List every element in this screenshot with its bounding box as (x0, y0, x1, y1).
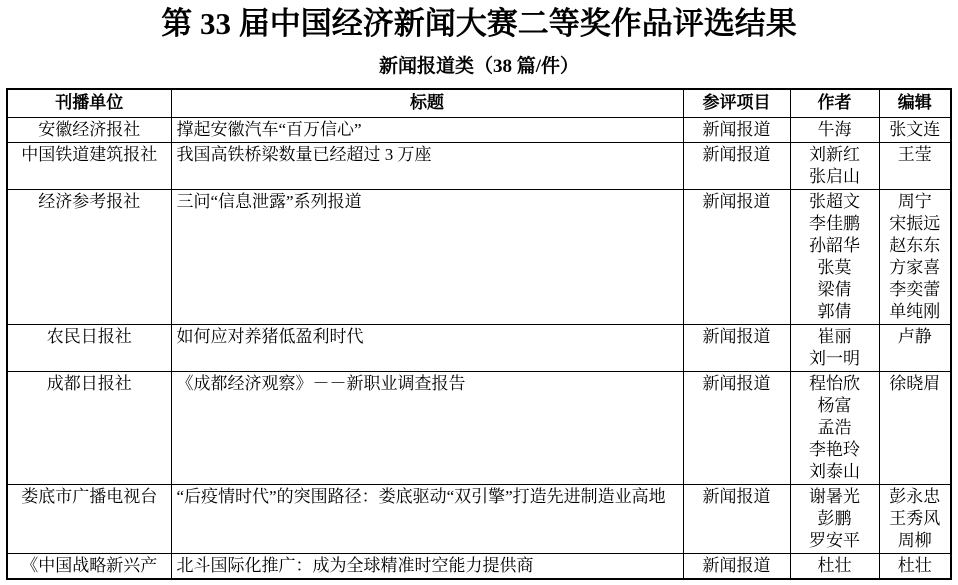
editors-cell: 杜壮 (879, 553, 951, 579)
title-cell: 撑起安徽汽车“百万信心” (171, 117, 683, 142)
table-row: 成都日报社《成都经济观察》－－新职业调查报告新闻报道程怡欣杨富孟浩李艳玲刘泰山徐… (7, 371, 951, 484)
table-row: 娄底市广播电视台“后疫情时代”的突围路径：娄底驱动“双引擎”打造先进制造业高地新… (7, 484, 951, 553)
category-cell: 新闻报道 (683, 371, 790, 484)
header-title: 标题 (171, 89, 683, 117)
category-cell: 新闻报道 (683, 117, 790, 142)
person-name: 李佳鹏 (793, 213, 877, 235)
editors-cell: 王莹 (879, 142, 951, 189)
table-row: 农民日报社如何应对养猪低盈利时代新闻报道崔丽刘一明卢静 (7, 324, 951, 371)
person-name: 张启山 (793, 166, 877, 188)
category-cell: 新闻报道 (683, 324, 790, 371)
person-name: 周柳 (882, 530, 949, 552)
person-name: 梁倩 (793, 279, 877, 301)
page-subtitle: 新闻报道类（38 篇/件） (0, 42, 958, 80)
header-category: 参评项目 (683, 89, 790, 117)
editors-cell: 张文连 (879, 117, 951, 142)
table-head: 刊播单位 标题 参评项目 作者 编辑 (7, 89, 951, 117)
editors-cell: 卢静 (879, 324, 951, 371)
person-name: 彭永忠 (882, 486, 949, 508)
person-name: 刘泰山 (793, 461, 877, 483)
table-body: 安徽经济报社撑起安徽汽车“百万信心”新闻报道牛海张文连中国铁道建筑报社我国高铁桥… (7, 117, 951, 579)
person-name: 卢静 (882, 326, 949, 348)
awards-table: 刊播单位 标题 参评项目 作者 编辑 安徽经济报社撑起安徽汽车“百万信心”新闻报… (6, 88, 952, 580)
person-name: 王秀风 (882, 508, 949, 530)
person-name: 孙韶华 (793, 235, 877, 257)
unit-cell: 《中国战略新兴产 (7, 553, 171, 579)
authors-cell: 张超文李佳鹏孙韶华张莫梁倩郭倩 (790, 189, 879, 324)
unit-cell: 农民日报社 (7, 324, 171, 371)
person-name: 张超文 (793, 191, 877, 213)
header-authors: 作者 (790, 89, 879, 117)
unit-cell: 成都日报社 (7, 371, 171, 484)
title-cell: 如何应对养猪低盈利时代 (171, 324, 683, 371)
authors-cell: 程怡欣杨富孟浩李艳玲刘泰山 (790, 371, 879, 484)
person-name: 郭倩 (793, 301, 877, 323)
person-name: 赵东东 (882, 235, 949, 257)
authors-cell: 崔丽刘一明 (790, 324, 879, 371)
title-cell: 《成都经济观察》－－新职业调查报告 (171, 371, 683, 484)
person-name: 张文连 (882, 119, 949, 141)
table-row: 安徽经济报社撑起安徽汽车“百万信心”新闻报道牛海张文连 (7, 117, 951, 142)
authors-cell: 牛海 (790, 117, 879, 142)
person-name: 王莹 (882, 144, 949, 166)
editors-cell: 徐晓眉 (879, 371, 951, 484)
editors-cell: 周宁宋振远赵东东方家喜李奕蕾单纯刚 (879, 189, 951, 324)
header-unit: 刊播单位 (7, 89, 171, 117)
person-name: 杜壮 (793, 555, 877, 577)
header-row: 刊播单位 标题 参评项目 作者 编辑 (7, 89, 951, 117)
person-name: 罗安平 (793, 530, 877, 552)
unit-cell: 安徽经济报社 (7, 117, 171, 142)
person-name: 李奕蕾 (882, 279, 949, 301)
person-name: 孟浩 (793, 417, 877, 439)
document-page: 第 33 届中国经济新闻大赛二等奖作品评选结果 新闻报道类（38 篇/件） 刊播… (0, 0, 958, 585)
title-cell: 我国高铁桥梁数量已经超过 3 万座 (171, 142, 683, 189)
editors-cell: 彭永忠王秀风周柳 (879, 484, 951, 553)
person-name: 程怡欣 (793, 373, 877, 395)
unit-cell: 娄底市广播电视台 (7, 484, 171, 553)
person-name: 方家喜 (882, 257, 949, 279)
table-row: 《中国战略新兴产北斗国际化推广：成为全球精准时空能力提供商新闻报道杜壮杜壮 (7, 553, 951, 579)
authors-cell: 刘新红张启山 (790, 142, 879, 189)
table-row: 中国铁道建筑报社我国高铁桥梁数量已经超过 3 万座新闻报道刘新红张启山王莹 (7, 142, 951, 189)
title-cell: “后疫情时代”的突围路径：娄底驱动“双引擎”打造先进制造业高地 (171, 484, 683, 553)
title-cell: 三问“信息泄露”系列报道 (171, 189, 683, 324)
unit-cell: 中国铁道建筑报社 (7, 142, 171, 189)
category-cell: 新闻报道 (683, 484, 790, 553)
category-cell: 新闻报道 (683, 189, 790, 324)
person-name: 崔丽 (793, 326, 877, 348)
unit-cell: 经济参考报社 (7, 189, 171, 324)
category-cell: 新闻报道 (683, 553, 790, 579)
page-title: 第 33 届中国经济新闻大赛二等奖作品评选结果 (0, 0, 958, 42)
person-name: 牛海 (793, 119, 877, 141)
person-name: 彭鹏 (793, 508, 877, 530)
person-name: 杨富 (793, 395, 877, 417)
table-row: 经济参考报社三问“信息泄露”系列报道新闻报道张超文李佳鹏孙韶华张莫梁倩郭倩周宁宋… (7, 189, 951, 324)
authors-cell: 杜壮 (790, 553, 879, 579)
title-cell: 北斗国际化推广：成为全球精准时空能力提供商 (171, 553, 683, 579)
person-name: 宋振远 (882, 213, 949, 235)
person-name: 张莫 (793, 257, 877, 279)
authors-cell: 谢暑光彭鹏罗安平 (790, 484, 879, 553)
person-name: 杜壮 (882, 555, 949, 577)
person-name: 周宁 (882, 191, 949, 213)
person-name: 单纯刚 (882, 301, 949, 323)
person-name: 谢暑光 (793, 486, 877, 508)
person-name: 刘一明 (793, 348, 877, 370)
person-name: 刘新红 (793, 144, 877, 166)
person-name: 徐晓眉 (882, 373, 949, 395)
category-cell: 新闻报道 (683, 142, 790, 189)
person-name: 李艳玲 (793, 439, 877, 461)
header-editors: 编辑 (879, 89, 951, 117)
